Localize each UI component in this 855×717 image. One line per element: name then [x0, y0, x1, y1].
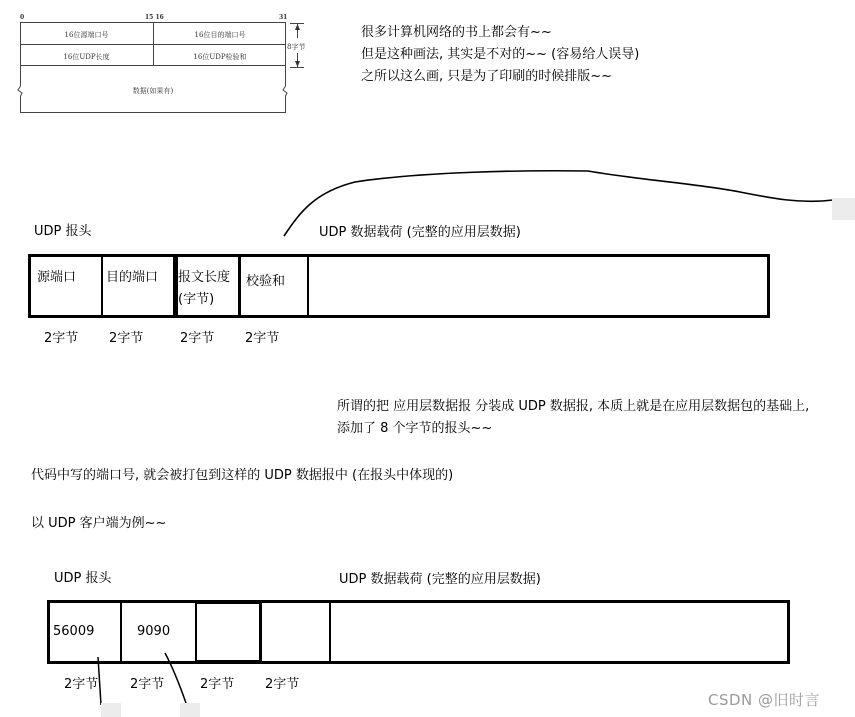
- d1-cell-src-port: 源端口: [31, 257, 103, 315]
- d2-size-label: 2字节: [130, 678, 164, 691]
- d1-cell-label: 报文长度: [178, 267, 230, 289]
- d1-size-label: 2字节: [44, 332, 78, 345]
- middle-note-line: 所谓的把 应用层数据报 分装成 UDP 数据报, 本质上就是在应用层数据包的基础…: [337, 396, 809, 418]
- middle-note: 所谓的把 应用层数据报 分装成 UDP 数据报, 本质上就是在应用层数据包的基础…: [337, 396, 809, 440]
- d1-size-label: 2字节: [180, 332, 214, 345]
- d1-payload-label: UDP 数据载荷 (完整的应用层数据): [319, 226, 521, 239]
- d1-cell-dst-port: 目的端口: [103, 257, 175, 315]
- payload-brace-curve: [0, 0, 855, 260]
- code-note: 代码中写的端口号, 就会被打包到这样的 UDP 数据报中 (在报头中体现的): [31, 469, 453, 482]
- cropped-artifact: [832, 198, 855, 220]
- cropped-artifact: [101, 703, 121, 717]
- middle-note-line: 添加了 8 个字节的报头~~: [337, 418, 809, 440]
- d2-header-label: UDP 报头: [54, 572, 112, 585]
- d2-size-label: 2字节: [200, 678, 234, 691]
- cropped-artifact: [180, 703, 200, 717]
- d1-cell-label: 源端口: [37, 267, 76, 289]
- example-note: 以 UDP 客户端为例~~: [31, 517, 166, 530]
- csdn-watermark: CSDN @旧时言: [708, 689, 820, 710]
- d1-cell-sublabel: (字节): [178, 289, 214, 311]
- d2-size-label: 2字节: [265, 678, 299, 691]
- d1-header-label: UDP 报头: [34, 225, 92, 238]
- d1-cell-length: 报文长度 (字节): [175, 257, 245, 315]
- d1-payload-area: [309, 257, 767, 315]
- d2-payload-label: UDP 数据载荷 (完整的应用层数据): [339, 573, 541, 586]
- d1-size-label: 2字节: [245, 332, 279, 345]
- d1-cell-label: 校验和: [246, 271, 285, 293]
- d1-size-label: 2字节: [109, 332, 143, 345]
- d1-cell-checksum: 校验和: [239, 257, 309, 315]
- d2-size-label: 2字节: [64, 678, 98, 691]
- d1-udp-datagram: 源端口 目的端口 报文长度 (字节) 校验和: [28, 254, 770, 318]
- d1-cell-label: 目的端口: [106, 267, 158, 289]
